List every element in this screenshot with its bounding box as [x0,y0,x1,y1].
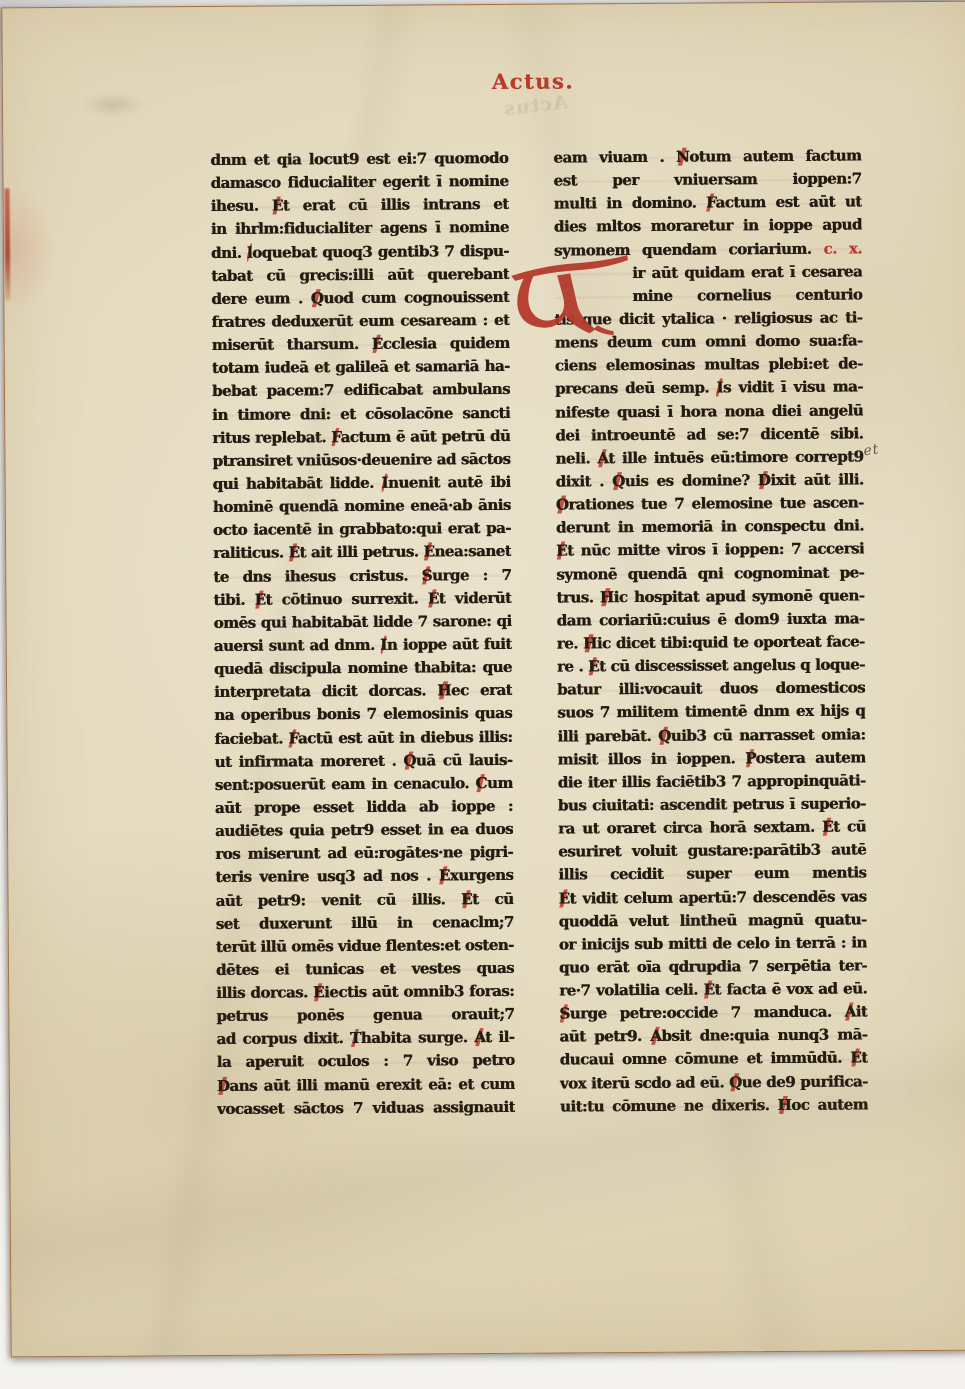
text-line: vox iterū scdo ad eū. Que de9 purifica- [560,1070,868,1095]
parchment-leaf: Actus. Actus dnm et qia locut9 est ei:7 … [1,1,965,1358]
text-line: na operibus bonis 7 elemosinis quas [214,702,512,727]
text-line: in timore dni: et cōsolacōne sancti spi- [212,401,510,426]
text-line: audiētes quia petr9 esset in ea duos vi- [215,818,513,843]
margin-note: et [862,441,880,459]
text-line: dies mltos moraretur in ioppe apud [554,214,862,239]
text-line: totam iudeā et galileā et samariā ha- [212,355,510,380]
text-line: re·7 volatilia celi. Et facta ē vox ad e… [559,977,867,1002]
text-line: dētes ei tunicas et vestes quas faciebat [216,957,514,982]
text-line: esuriret voluit gustare:parātib3 autē [558,839,866,864]
text-line: ad corpus dixit. Thabita surge. At il- [216,1026,514,1051]
text-line: misit illos in ioppen. Postera autem [557,746,865,771]
text-line: dni. loquebat quoq3 gentib3 7 dispu- [211,239,509,264]
text-line: ros miserunt ad eū:rogātes·ne pigri- [215,841,513,866]
text-line: ducaui omne cōmune et immūdū. Et [560,1047,868,1072]
text-line: la aperuit oculos : 7 viso petro resedit… [217,1049,515,1074]
text-line: in ihrlm:fiducialiter agens ī nomine [211,216,509,241]
text-line: octo iacentē in grabbato:qui erat pa- [213,517,511,542]
text-line: teris venire usq3 ad nos . Exurgens [215,864,513,889]
text-line: illis dorcas. Eiectis aūt omnib3 foras: [216,980,514,1005]
text-line: Surge petre:occide 7 manduca. Ait [559,1001,867,1026]
text-line: bebat pacem:7 edificabat ambulans [212,378,510,403]
text-line: die iter illis faciētib3 7 appropinquāti… [558,769,866,794]
text-line: multi in domino. Factum est aūt ut [554,191,862,216]
text-line: vocasset sāctos 7 viduas assignauit [217,1096,515,1121]
text-line: ritus replebat. Factum ē aūt petrū dū [212,425,510,450]
text-line: fratres deduxerūt eum cesaream : et di- [211,309,509,334]
text-line: quoddā velut lintheū magnū quatu- [559,908,867,933]
running-title: Actus. [492,68,574,94]
running-title-ghost: Actus [502,91,569,120]
text-line: omēs qui habitabāt lidde 7 sarone: qi [214,610,512,635]
text-line: tibi. Et cōtinuo surrexit. Et viderūt il… [213,587,511,612]
text-line: derunt in memoriā in conspectu dni. [556,515,864,540]
text-line: petrus ponēs genua orauit;7 cōuersus [216,1003,514,1028]
text-line: ptransiret vniūsos·deuenire ad sāctos [212,448,510,473]
text-line: quo erāt oīa qdrupdia 7 serpētia ter- [559,954,867,979]
text-line: ciens elemosinas multas plebi:et de- [555,353,863,378]
text-line: ihesu. Et erat cū illis intrans et exien… [211,193,509,218]
text-line: auersi sunt ad dnm. In ioppe aūt fuit [214,633,512,658]
text-line: Orationes tue 7 elemosine tue ascen- [556,492,864,517]
text-line: suos 7 militem timentē dnm ex hijs q [557,700,865,725]
text-line: symonē quendā qni cognominat pe- [556,561,864,586]
text-line: batur illi:vocauit duos domesticos [557,677,865,702]
text-line: Dans aūt illi manū erexit eā: et cum [217,1072,515,1097]
text-line: re . Et cū discessisset angelus q loque- [557,654,865,679]
text-line: re. Hic dicet tibi:quid te oporteat face… [557,630,865,655]
text-line: interpretata dicit dorcas. Hec erat ple- [214,679,512,704]
text-line: hominē quendā nomine eneā·ab ānis [213,494,511,519]
illuminated-initial [509,249,632,340]
text-line: ra ut oraret circa horā sextam. Et cū [558,815,866,840]
text-line: te dns ihesus cristus. Surge : 7 sterne [213,563,511,588]
text-line: Et nūc mitte viros ī ioppen: 7 accersi [556,538,864,563]
text-line: uit:tu cōmune ne dixeris. Hoc autem [560,1093,868,1118]
text-line: illis cecidit super eum mentis excessus. [558,862,866,887]
text-line: tabat cū grecis:illi aūt querebant occi- [211,263,509,288]
text-line: dixit . Quis es domine? Dixit aūt illi. [556,468,864,493]
text-line: faciebat. Factū est aūt in diebus illis: [214,725,512,750]
text-column-left: dnm et qia locut9 est ei:7 quomodo indam… [210,147,515,1121]
page-edge-stain [5,188,11,300]
text-line: est per vniuersam ioppen:7 crediderunt [553,168,861,193]
text-line: dnm et qia locut9 est ei:7 quomodo in [210,147,508,172]
text-line: eam viuam . Notum autem factum [553,144,861,169]
text-line: miserūt tharsum. Ecclesia quidem per [212,332,510,357]
text-line: nifeste quasi ī hora nona diei angelū [555,399,863,424]
text-line: set duxerunt illū in cenaclm;7 circūste- [216,911,514,936]
text-line: damasco fiducialiter egerit ī nomine [210,170,508,195]
text-line: bus ciuitati: ascendit petrus ī superio- [558,792,866,817]
text-line: Et vidit celum apertū:7 descendēs vas [558,885,866,910]
text-line: dei introeuntē ad se:7 dicentē sibi. Cor… [555,422,863,447]
text-line: aūt petr9: venit cū illis. Et cū aduenis… [215,887,513,912]
text-line: aūt petr9. Absit dne:quia nunq3 mā- [559,1024,867,1049]
text-line: dere eum . Quod cum cognouissent [211,286,509,311]
text-line: trus. Hic hospitat apud symonē quen- [556,584,864,609]
text-line: sent:posuerūt eam in cenaculo. Cum [215,772,513,797]
pencil-mark [81,91,145,117]
text-line: dam coriariū:cuius ē dom9 iuxta ma- [557,607,865,632]
text-line: qui habitabāt lidde. Inuenit autē ibi [213,471,511,496]
text-line: aūt prope esset lidda ab ioppe : discipl… [215,795,513,820]
text-line: illi parebāt. Quib3 cū narrasset omia: [557,723,865,748]
text-line: ut infirmata moreret . Quā cū lauis- [214,749,512,774]
text-line: neli. At ille intuēs eū:timore corrept9 [555,445,863,470]
text-line: terūt illū omēs vidue flentes:et osten- [216,934,514,959]
text-line: raliticus. Et ait illi petrus. Enea:sane… [213,540,511,565]
text-line: or inicijs sub mitti de celo in terrā : … [559,931,867,956]
text-line: quedā discipula nomine thabita: que [214,656,512,681]
manuscript-photo: { "page": { "header": { "title": "Actus.… [0,0,965,1389]
text-line: precans deū semp. Is vidit ī visu ma- [555,376,863,401]
